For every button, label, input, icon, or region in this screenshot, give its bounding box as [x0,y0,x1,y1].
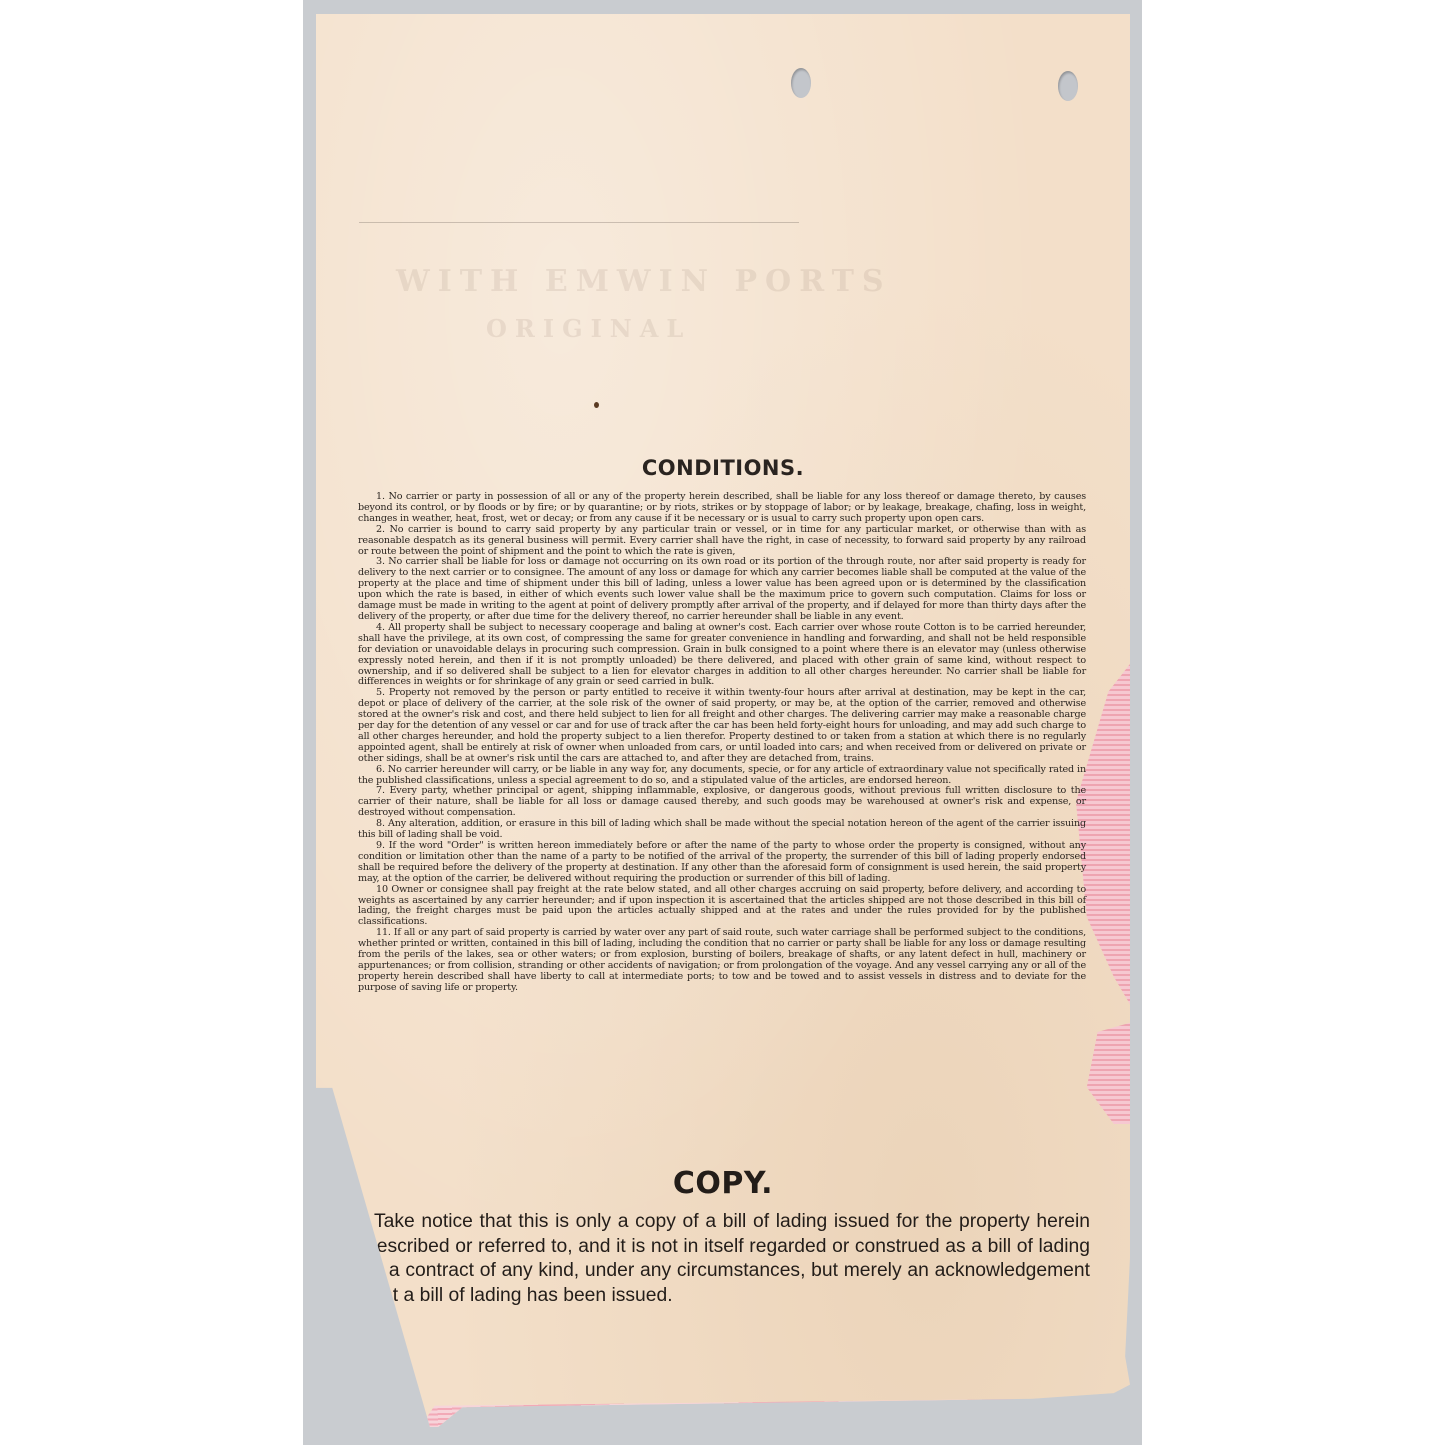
condition-text: No carrier or party in possession of all… [358,491,1086,524]
condition-text: No carrier is bound to carry said proper… [358,524,1086,557]
condition-item: 8. Any alteration, addition, or erasure … [358,819,1086,841]
condition-text: Owner or consignee shall pay freight at … [358,884,1086,928]
condition-number: 11. [376,927,391,938]
condition-text: All property shall be subject to necessa… [358,622,1086,688]
condition-text: If the word "Order" is written hereon im… [358,840,1086,884]
bleed-through-text: ORIGINAL [486,314,691,343]
bill-of-lading-sheet: WITH EMWIN PORTS ORIGINAL CONDITIONS. 1.… [316,14,1130,1427]
condition-item: 10 Owner or consignee shall pay freight … [358,885,1086,929]
condition-number: 6. [376,764,385,775]
condition-number: 1. [376,491,385,502]
copy-heading: COPY. [316,1166,1130,1201]
condition-text: Every party, whether principal or agent,… [358,785,1086,818]
condition-item: 3. No carrier shall be liable for loss o… [358,557,1086,622]
condition-number: 9. [376,840,385,851]
condition-text: If all or any part of said property is c… [358,927,1086,993]
condition-number: 7. [376,785,385,796]
condition-item: 6. No carrier hereunder will carry, or b… [358,765,1086,787]
condition-number: 2. [376,524,385,535]
condition-item: 4. All property shall be subject to nece… [358,623,1086,688]
condition-text: No carrier shall be liable for loss or d… [358,556,1086,622]
condition-item: 5. Property not removed by the person or… [358,688,1086,764]
copy-notice-text: Take notice that this is only a copy of … [366,1210,1090,1308]
condition-number: 8. [376,818,385,829]
condition-number: 4. [376,622,385,633]
condition-number: 5. [376,687,385,698]
conditions-list: 1. No carrier or party in possession of … [358,492,1086,994]
condition-text: Property not removed by the person or pa… [358,687,1086,763]
punch-hole-right [1058,71,1078,101]
condition-item: 9. If the word "Order" is written hereon… [358,841,1086,885]
condition-item: 2. No carrier is bound to carry said pro… [358,525,1086,558]
condition-text: No carrier hereunder will carry, or be l… [358,764,1086,786]
condition-number: 3. [376,556,385,567]
conditions-heading: CONDITIONS. [316,456,1130,480]
faint-rule-line [359,222,799,223]
ink-speck [594,402,599,408]
bleed-through-text: WITH EMWIN PORTS [396,264,892,299]
condition-text: Any alteration, addition, or erasure in … [358,818,1086,840]
condition-number: 10 [376,884,388,895]
condition-item: 1. No carrier or party in possession of … [358,492,1086,525]
condition-item: 7. Every party, whether principal or age… [358,786,1086,819]
condition-item: 11. If all or any part of said property … [358,928,1086,993]
punch-hole-left [791,68,811,98]
